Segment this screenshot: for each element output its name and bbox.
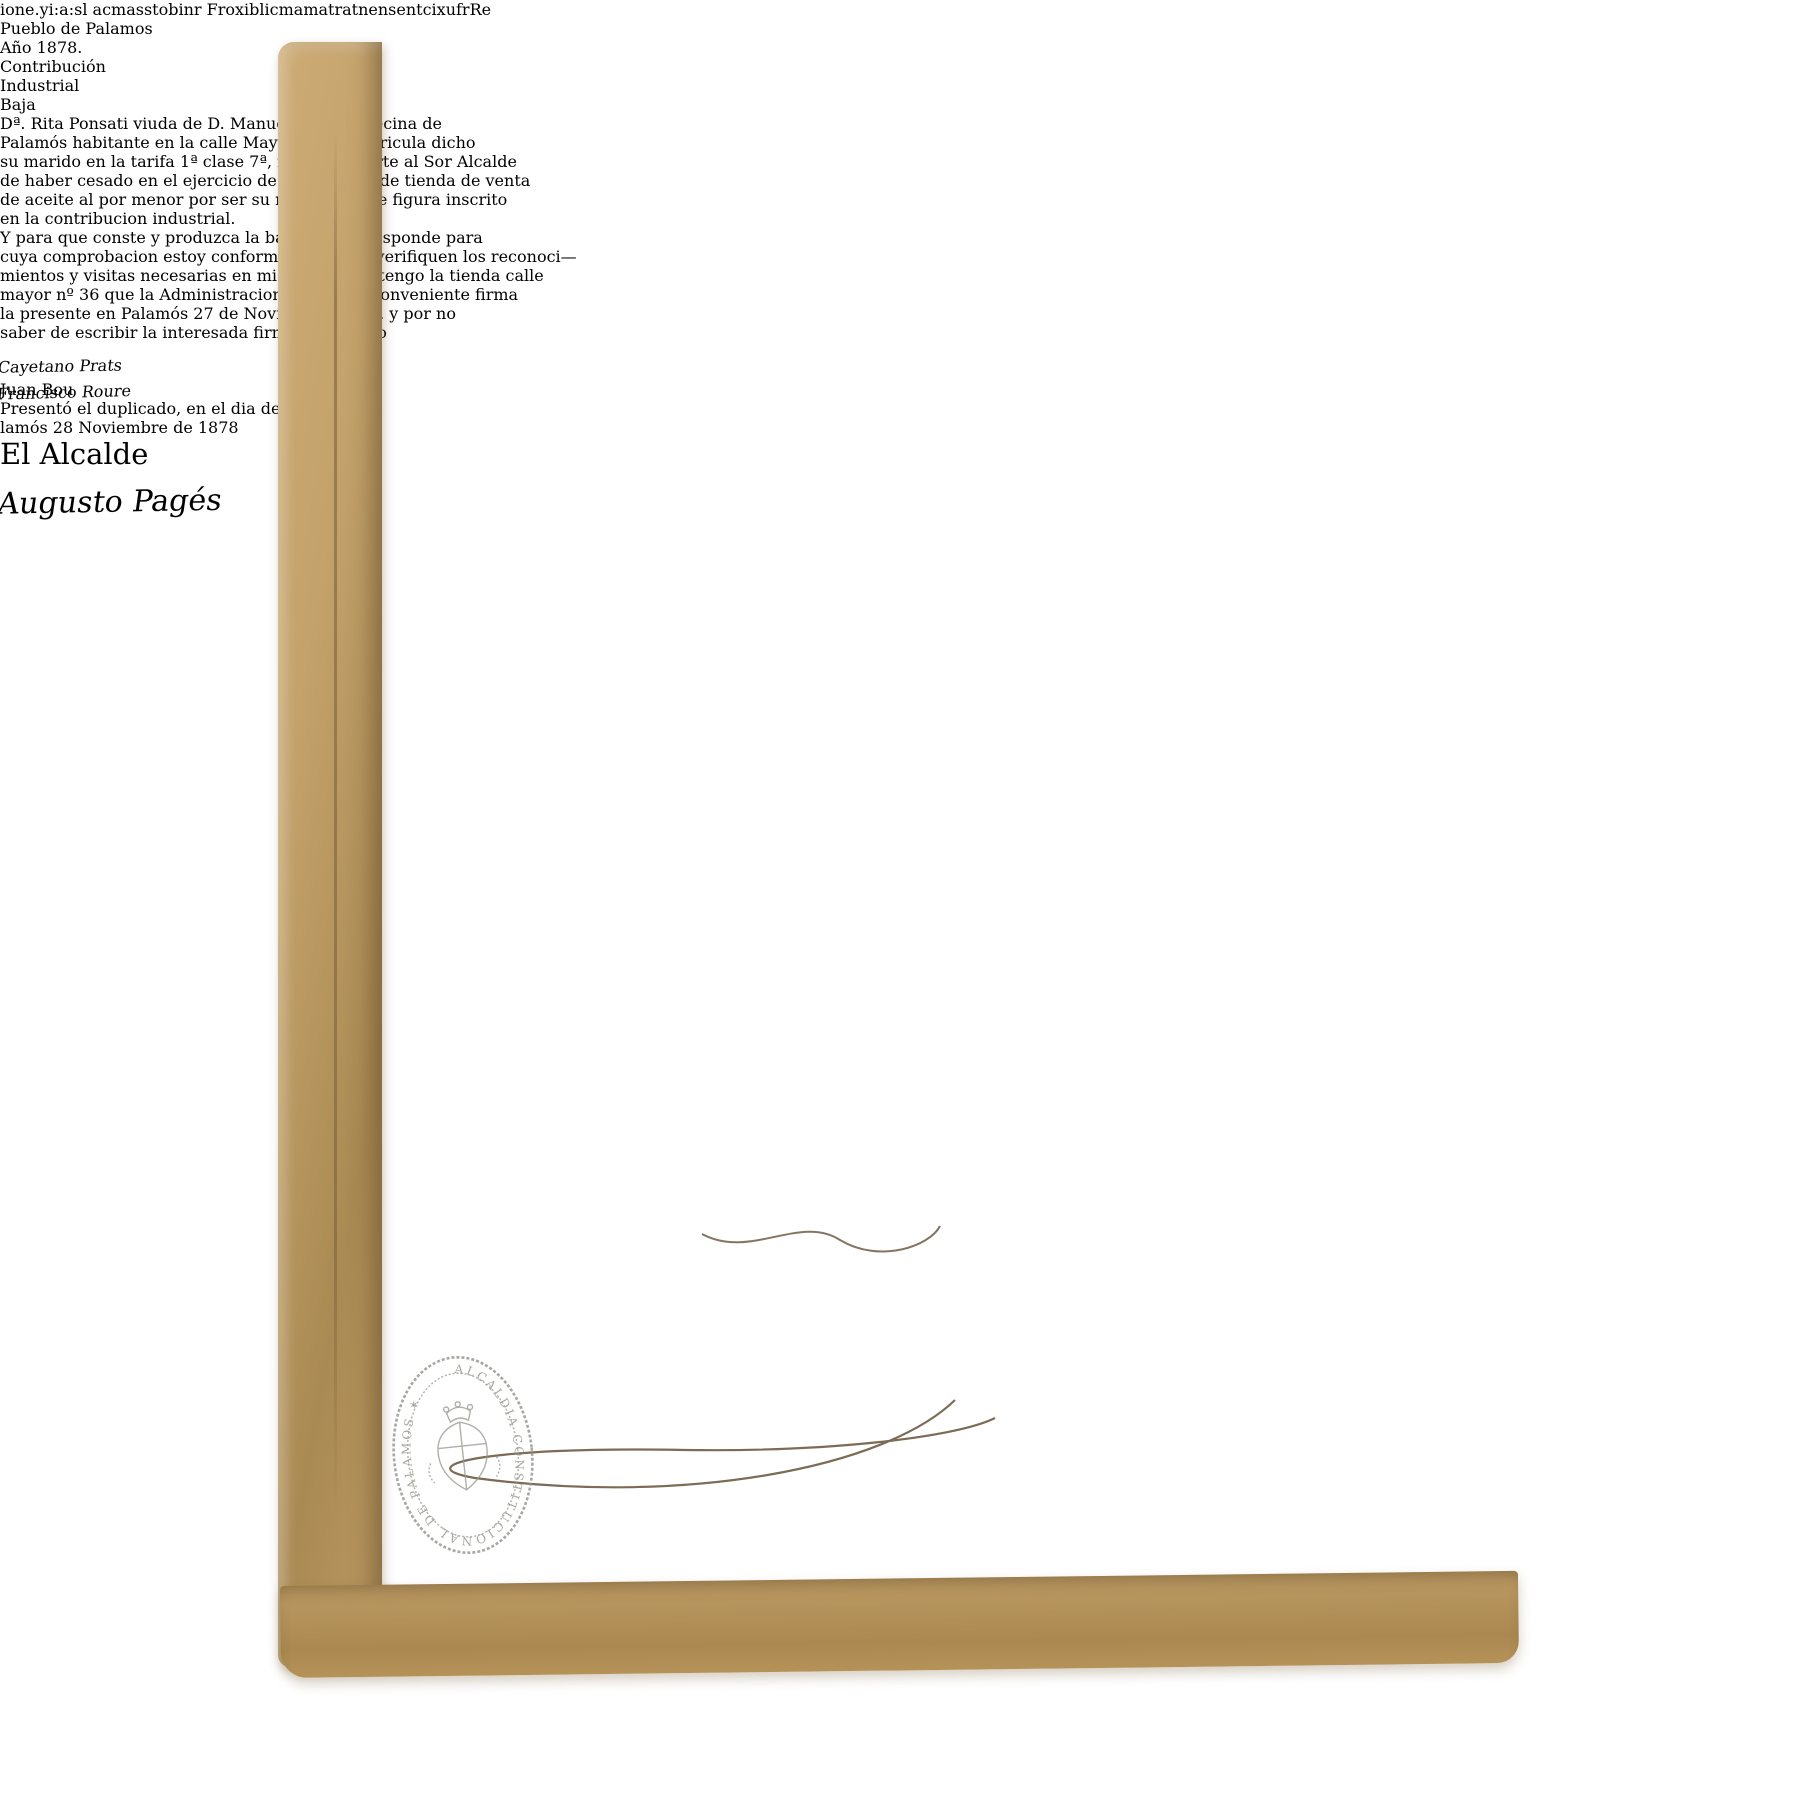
signature-rubric-flourish: [690, 1212, 950, 1262]
side-page-fragment: sent: [388, 0, 422, 19]
foxing-spot: [0, 579, 9, 588]
foxing-spot: [0, 572, 7, 579]
side-page-fragment: bin: [168, 0, 194, 19]
side-page-fragment: ione.: [0, 0, 40, 19]
scanned-document-photo: ione.yi:a:sl acmasstobinr Froxiblicmamat…: [0, 0, 1800, 1800]
side-page-fragment: nen: [358, 0, 388, 19]
body-line: la presente en Palamós 27 de Noviembre 1…: [0, 304, 1800, 323]
side-page-fragment: ufr: [446, 0, 470, 19]
side-page-fragment: oxi: [225, 0, 249, 19]
foxing-spot: [0, 564, 8, 572]
foxing-spot: [0, 588, 7, 595]
side-page-fragment: l ac: [82, 0, 111, 19]
side-page-fragment: ma: [279, 0, 304, 19]
side-page-fragment: sto: [144, 0, 168, 19]
side-page-fragment: cix: [423, 0, 446, 19]
side-page-fragment: y: [40, 0, 49, 19]
kraft-folder-bottom: [280, 1571, 1519, 1678]
presentation-line: Presentó el duplicado, en el dia de hoy.…: [0, 399, 1800, 418]
body-line: en la contribucion industrial.: [0, 209, 1800, 228]
body-line: Y para que conste y produzca la baja que…: [0, 228, 1800, 247]
pinhole: [0, 638, 5, 643]
side-page-fragment: r Fr: [194, 0, 225, 19]
presentation-line: lamós 28 Noviembre de 1878: [0, 418, 1800, 437]
side-page-fragment: mas: [111, 0, 144, 19]
underlying-second-page: ione.yi:a:sl acmasstobinr Froxiblicmamat…: [0, 0, 1800, 19]
side-page-fragment: a:: [59, 0, 74, 19]
side-page-fragment: mat: [303, 0, 334, 19]
body-line: mientos y visitas necesarias en mi casa …: [0, 266, 1800, 285]
side-page-fragment: i:: [49, 0, 60, 19]
municipal-seal-stamp: ALCALDIA CONSTITUCIONAL DE PALAMOS ✶: [377, 1343, 548, 1568]
body-line: de haber cesado en el ejercicio de la in…: [0, 171, 1800, 190]
body-line: de aceite al por menor por ser su marido…: [0, 190, 1800, 209]
paper-stain-top-right: [1433, 80, 1555, 142]
foxing-spot: [0, 555, 9, 564]
body-line: mayor nº 36 que la Administracion tenga …: [0, 285, 1800, 304]
body-line: su marido en la tarifa 1ª clase 7ª, nº 2…: [0, 152, 1800, 171]
body-line: cuya comprobacion estoy conforme en que …: [0, 247, 1800, 266]
page-title: Pueblo de Palamos: [0, 19, 1800, 38]
tax-title-left: Contribución: [0, 57, 1800, 76]
year-label: Año 1878.: [0, 38, 1800, 57]
side-page-fragments: ione.yi:a:sl acmasstobinr Froxiblicmamat…: [0, 0, 1800, 19]
side-page-fragment: blic: [249, 0, 278, 19]
side-page-fragment: rat: [334, 0, 358, 19]
seal-coat-of-arms: [422, 1398, 502, 1493]
side-page-fragment: Re: [470, 0, 492, 19]
